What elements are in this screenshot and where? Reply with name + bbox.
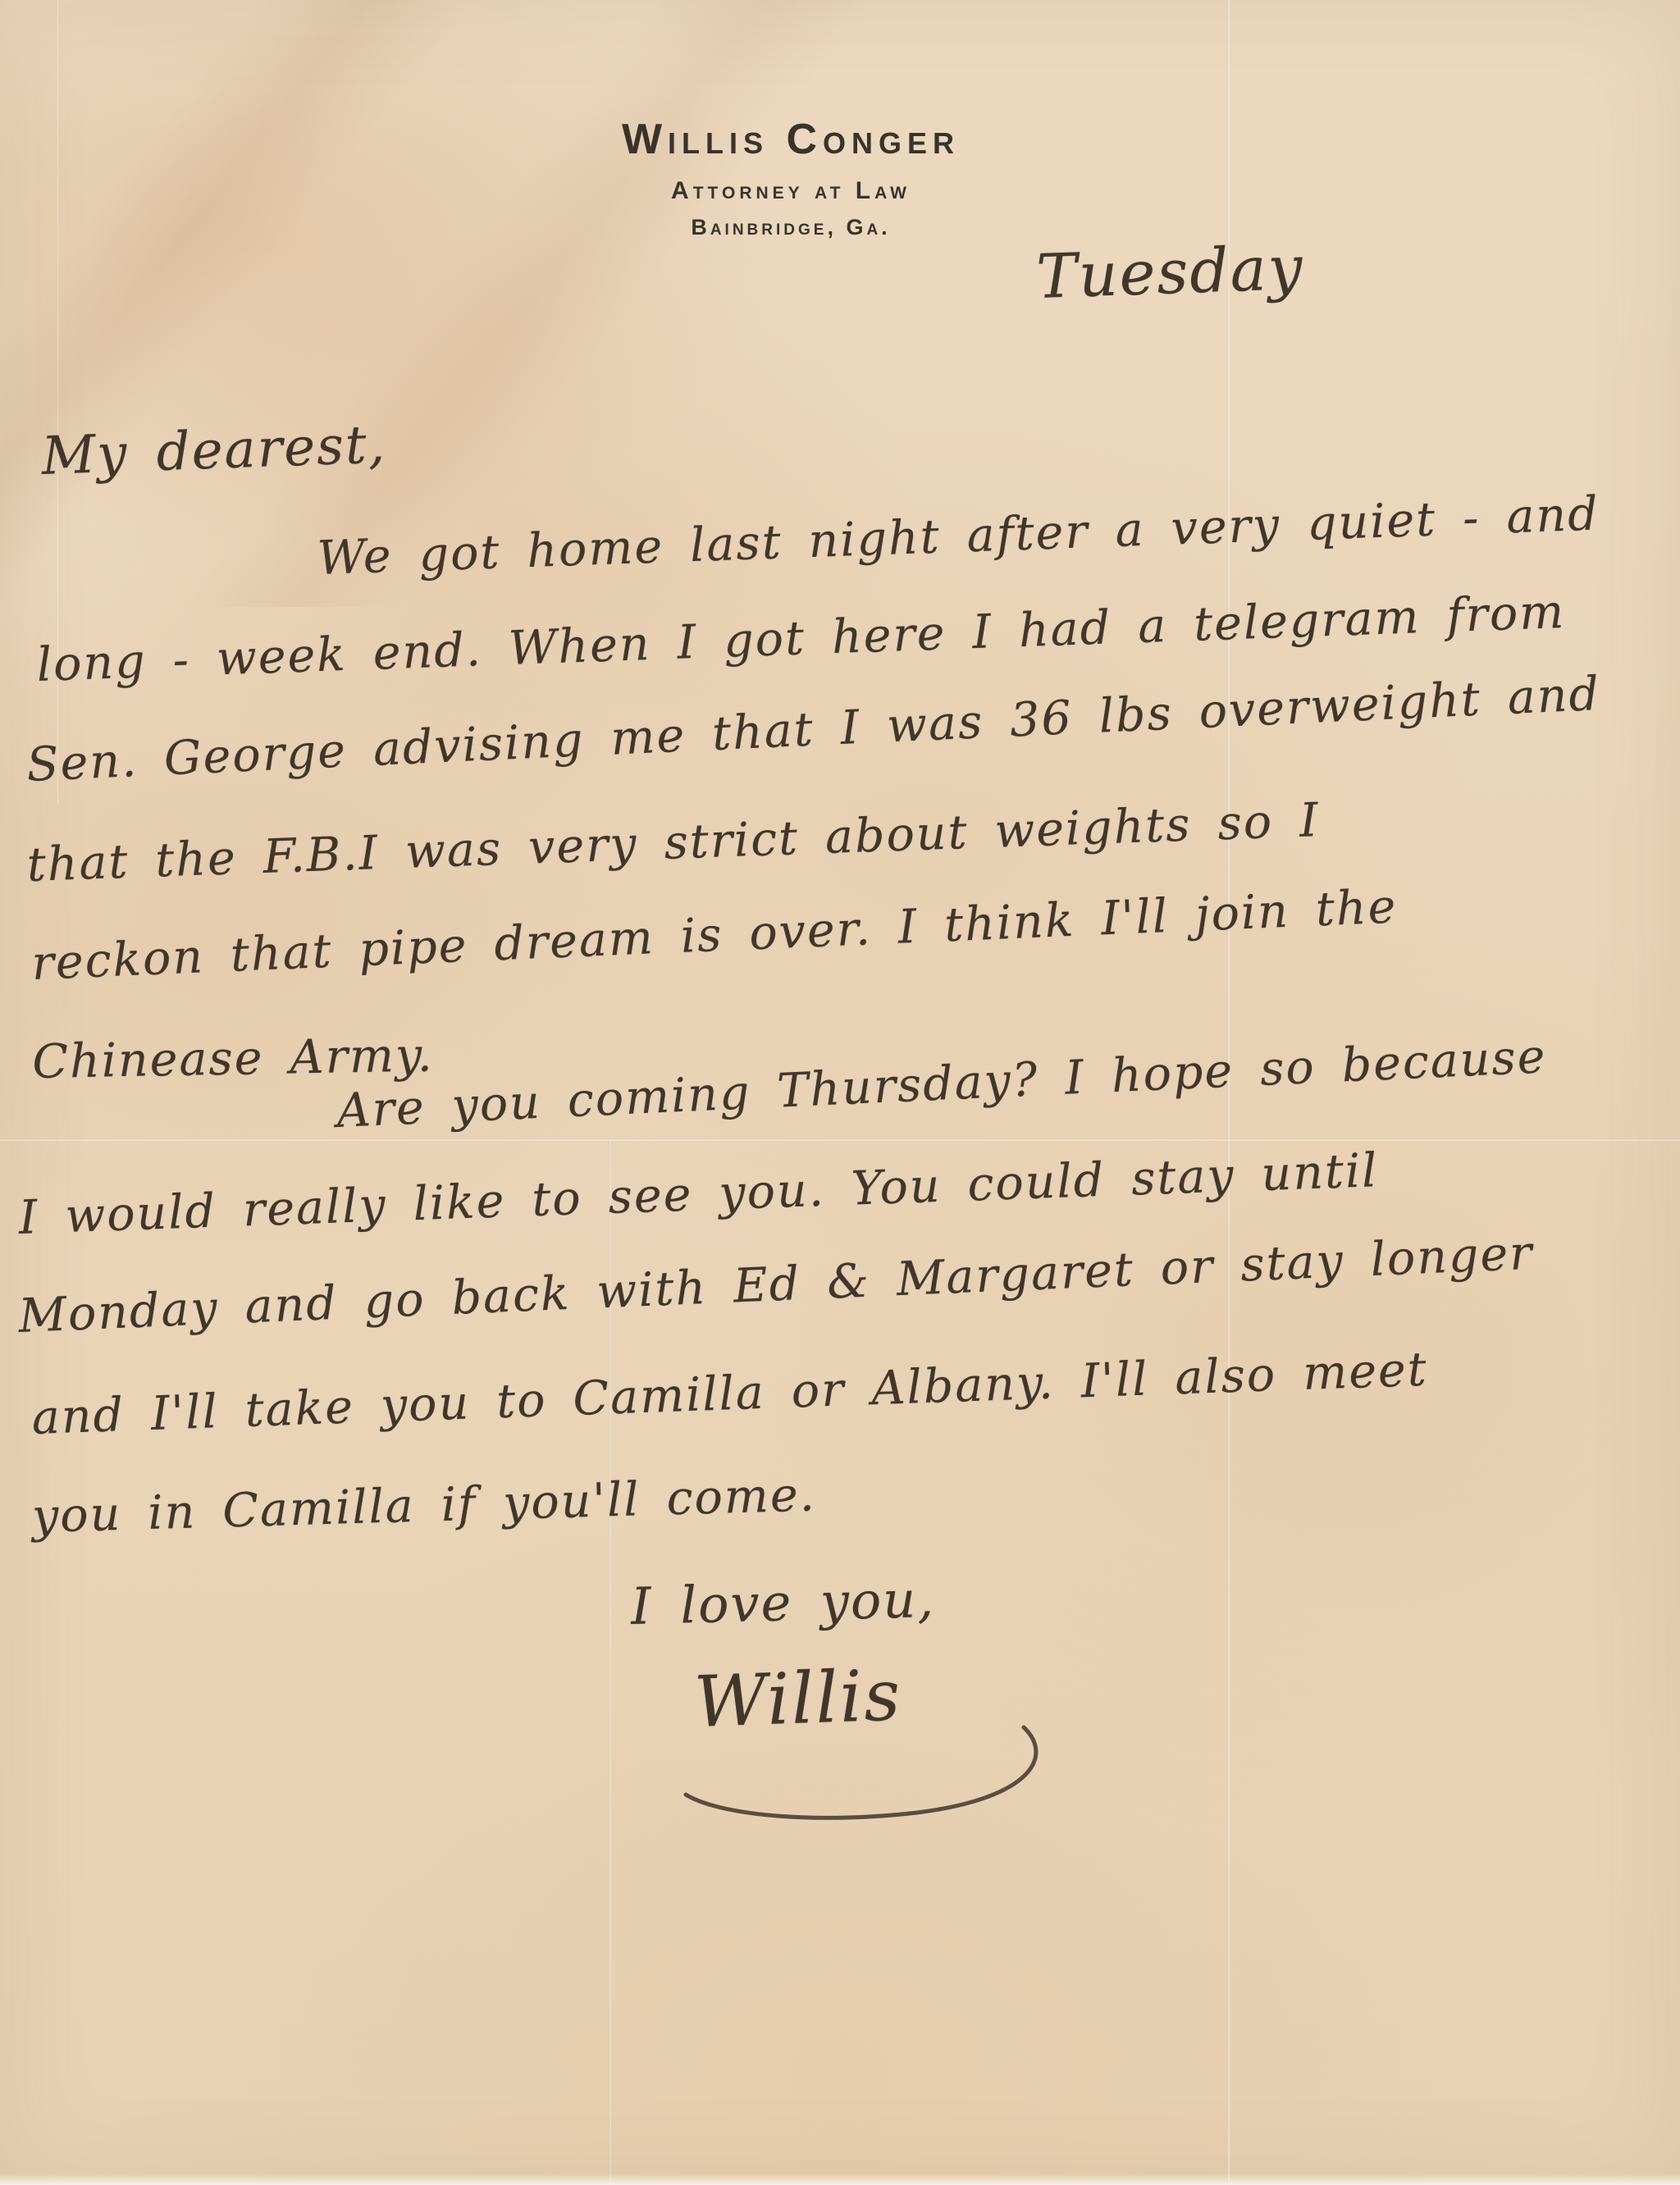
letter-body-line: We got home last night after a very quie… [317, 486, 1600, 586]
letter-body-line: Are you coming Thursday? I hope so becau… [336, 1029, 1548, 1138]
letter-body-line: Monday and go back with Ed & Margaret or… [17, 1226, 1534, 1343]
letter-closing: I love you, [630, 1569, 935, 1636]
letter-body-line: and I'll take you to Camilla or Albany. … [31, 1343, 1429, 1445]
letter-page: Willis Conger Attorney at Law Bainbridge… [0, 0, 1680, 2185]
letterhead-title: Attorney at Law [479, 177, 1102, 205]
letter-body-line: Chinease Army. [32, 1028, 434, 1089]
letter-body-line: you in Camilla if you'll come. [31, 1467, 816, 1544]
signature: Willis [693, 1654, 903, 1744]
letter-body-line: long - week end. When I got here I had a… [36, 585, 1567, 692]
letter-body-line: reckon that pipe dream is over. I think … [30, 879, 1398, 991]
paper-bottom-edge [0, 2174, 1680, 2185]
horizontal-fold-crease [0, 1138, 1680, 1142]
letter-body-line: I would really like to see you. You coul… [18, 1143, 1380, 1245]
letterhead: Willis Conger Attorney at Law Bainbridge… [479, 115, 1102, 240]
letterhead-name: Willis Conger [479, 115, 1102, 164]
letter-body-line: that the F.B.I was very strict about wei… [26, 793, 1321, 892]
letter-salutation: My dearest, [40, 414, 387, 487]
letter-body-line: Sen. George advising me that I was 36 lb… [25, 667, 1601, 792]
letterhead-location: Bainbridge, Ga. [479, 215, 1102, 240]
letter-date: Tuesday [1035, 233, 1305, 312]
